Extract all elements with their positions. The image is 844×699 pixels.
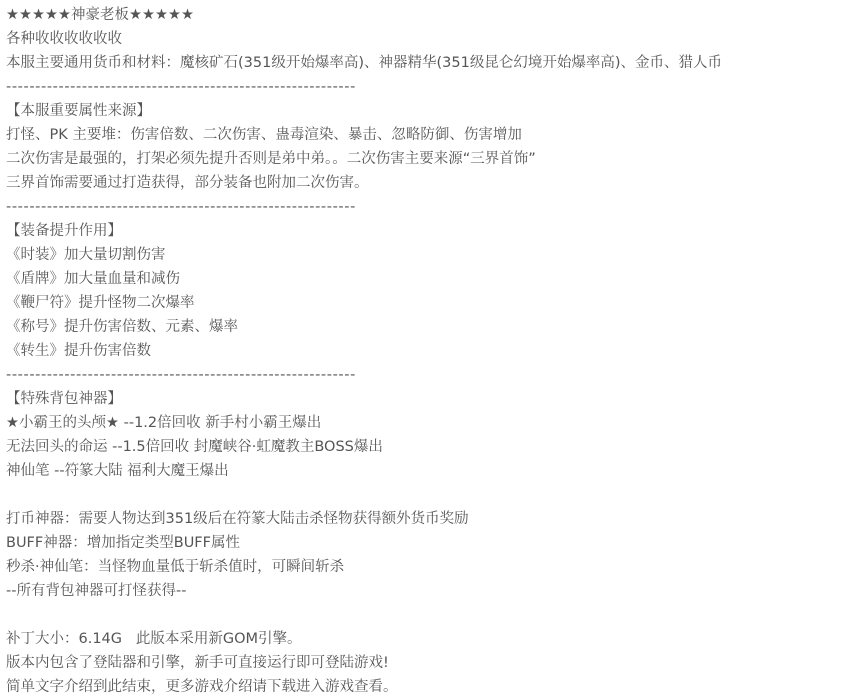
section-heading-attributes: 【本服重要属性来源】 <box>6 99 844 123</box>
artifact-line: 神仙笔 --符篆大陆 福利大魔王爆出 <box>6 459 844 483</box>
divider: ----------------------------------------… <box>6 363 484 387</box>
blank-line <box>6 483 844 507</box>
equipment-line: 《时装》加大量切割伤害 <box>6 243 844 267</box>
artifact-note: --所有背包神器可打怪获得-- <box>6 579 844 603</box>
artifact-line: 无法回头的命运 --1.5倍回收 封魔峡谷·虹魔教主BOSS爆出 <box>6 435 844 459</box>
closing-note: 简单文字介绍到此结束，更多游戏介绍请下载进入游戏查看。 <box>6 675 844 699</box>
equipment-line: 《称号》提升伤害倍数、元素、爆率 <box>6 315 844 339</box>
patch-info: 补丁大小：6.14G 此版本采用新GOM引擎。 <box>6 627 844 651</box>
document-body: ★★★★★神豪老板★★★★★ 各种收收收收收收 本服主要通用货币和材料：魔核矿石… <box>0 0 844 699</box>
artifact-desc-line: BUFF神器：增加指定类型BUFF属性 <box>6 531 844 555</box>
attribute-line: 三界首饰需要通过打造获得，部分装备也附加二次伤害。 <box>6 171 844 195</box>
equipment-line: 《盾牌》加大量血量和减伤 <box>6 267 844 291</box>
attribute-line: 打怪、PK 主要堆：伤害倍数、二次伤害、蛊毒渲染、暴击、忽略防御、伤害增加 <box>6 123 844 147</box>
blank-line <box>6 603 844 627</box>
equipment-line: 《转生》提升伤害倍数 <box>6 339 844 363</box>
version-info: 版本内包含了登陆器和引擎，新手可直接运行即可登陆游戏! <box>6 651 844 675</box>
section-heading-equipment: 【装备提升作用】 <box>6 219 844 243</box>
divider: ----------------------------------------… <box>6 195 484 219</box>
attribute-line: 二次伤害是最强的，打架必须先提升否则是弟中弟。。二次伤害主要来源“三界首饰” <box>6 147 844 171</box>
artifact-desc-line: 打币神器：需要人物达到351级后在符篆大陆击杀怪物获得额外货币奖励 <box>6 507 844 531</box>
title: ★★★★★神豪老板★★★★★ <box>6 3 844 27</box>
divider: ----------------------------------------… <box>6 75 484 99</box>
equipment-line: 《鞭尸符》提升怪物二次爆率 <box>6 291 844 315</box>
subtitle: 各种收收收收收收 <box>6 27 844 51</box>
artifact-desc-line: 秒杀·神仙笔：当怪物血量低于斩杀值时，可瞬间斩杀 <box>6 555 844 579</box>
section-heading-artifacts: 【特殊背包神器】 <box>6 387 844 411</box>
artifact-line: ★小霸王的头颅★ --1.2倍回收 新手村小霸王爆出 <box>6 411 844 435</box>
currency-info: 本服主要通用货币和材料：魔核矿石(351级开始爆率高)、神器精华(351级昆仑幻… <box>6 51 844 75</box>
